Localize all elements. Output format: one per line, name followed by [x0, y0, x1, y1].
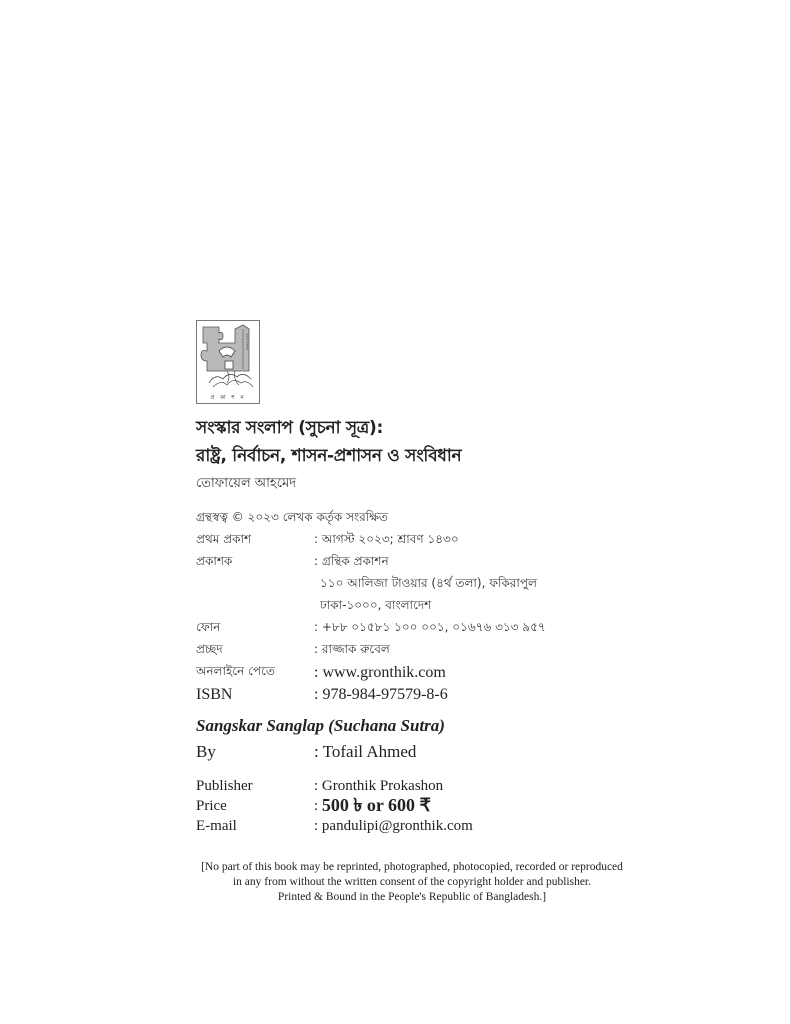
imprint-row: প্রথম প্রকাশ : আগস্ট ২০২৩; শ্রাবণ ১৪৩০ [196, 530, 546, 552]
phone-label: ফোন [196, 619, 314, 639]
imprint-row: অনলাইনে পেতে : www.gronthik.com [196, 662, 546, 684]
imprint-row: ISBN : 978-984-97579-8-6 [196, 684, 546, 706]
by-label: By [196, 742, 314, 762]
notice-line-1: [No part of this book may be reprinted, … [196, 860, 628, 875]
english-author-block: By : Tofail Ahmed [196, 740, 416, 764]
address-line-1: ১১০ আলিজা টাওয়ার (৪র্থ তলা), ফকিরাপুল [196, 574, 546, 596]
svg-text:প্র কা শ ন: প্র কা শ ন [210, 395, 245, 401]
notice-line-2: in any from without the written consent … [196, 875, 628, 890]
email-link[interactable]: : pandulipi@gronthik.com [314, 818, 473, 835]
phone-value: : +৮৮ ০১৫৮১ ১০০ ০০১, ০১৬৭৬ ৩১৩ ৯৫৭ [314, 619, 546, 639]
first-edition-label: প্রথম প্রকাশ [196, 531, 314, 551]
by-value: : Tofail Ahmed [314, 742, 416, 762]
imprint-row: E-mail : pandulipi@gronthik.com [196, 816, 473, 836]
imprint-row: প্রকাশক : গ্রন্থিক প্রকাশন [196, 552, 546, 574]
first-edition-value: : আগস্ট ২০২৩; শ্রাবণ ১৪৩০ [314, 531, 459, 551]
gronthik-logo-icon: গ্রন্থিক প্রকাশন প্র কা শ ন [197, 321, 259, 403]
website-link[interactable]: : www.gronthik.com [314, 664, 446, 682]
isbn-value: : 978-984-97579-8-6 [314, 686, 448, 704]
email-label: E-mail [196, 818, 314, 835]
copyright-text: গ্রন্থস্বত্ব © ২০২৩ লেখক কর্তৃক সংরক্ষিত [196, 509, 388, 529]
online-label: অনলাইনে পেতে [196, 663, 314, 683]
notice-line-3: Printed & Bound in the People's Republic… [196, 890, 628, 905]
cover-value: : রাজ্জাক রুবেল [314, 641, 390, 661]
price-label: Price [196, 798, 314, 815]
isbn-label: ISBN [196, 686, 314, 704]
imprint-row: ফোন : +৮৮ ০১৫৮১ ১০০ ০০১, ০১৬৭৬ ৩১৩ ৯৫৭ [196, 618, 546, 640]
book-title-line-2: রাষ্ট্র, নির্বাচন, শাসন-প্রশাসন ও সংবিধা… [196, 442, 461, 470]
publisher-value: : গ্রন্থিক প্রকাশন [314, 553, 389, 573]
english-title: Sangskar Sanglap (Suchana Sutra) [196, 716, 445, 736]
publisher-logo: গ্রন্থিক প্রকাশন প্র কা শ ন [196, 320, 260, 404]
publisher-label: প্রকাশক [196, 553, 314, 573]
imprint-bengali: গ্রন্থস্বত্ব © ২০২৩ লেখক কর্তৃক সংরক্ষিত… [196, 508, 546, 706]
book-title-block: সংস্কার সংলাপ (সুচনা সূত্র): রাষ্ট্র, নি… [196, 414, 461, 495]
imprint-row: Price : 500 ৳ or 600 ₹ [196, 796, 473, 816]
copyright-notice: [No part of this book may be reprinted, … [196, 860, 628, 905]
book-title-line-1: সংস্কার সংলাপ (সুচনা সূত্র): [196, 414, 461, 442]
price-colon: : [314, 798, 322, 815]
imprint-row: By : Tofail Ahmed [196, 740, 416, 764]
imprint-row: প্রচ্ছদ : রাজ্জাক রুবেল [196, 640, 546, 662]
book-author: তোফায়েল আহমেদ [196, 474, 461, 495]
english-publisher-block: Publisher : Gronthik Prokashon Price : 5… [196, 776, 473, 836]
svg-text:গ্রন্থিক প্রকাশন: গ্রন্থিক প্রকাশন [245, 333, 249, 350]
address-line-2: ঢাকা-১০০০, বাংলাদেশ [196, 596, 546, 618]
copyright-line: গ্রন্থস্বত্ব © ২০২৩ লেখক কর্তৃক সংরক্ষিত [196, 508, 546, 530]
cover-label: প্রচ্ছদ [196, 641, 314, 661]
publisher-en-label: Publisher [196, 778, 314, 795]
